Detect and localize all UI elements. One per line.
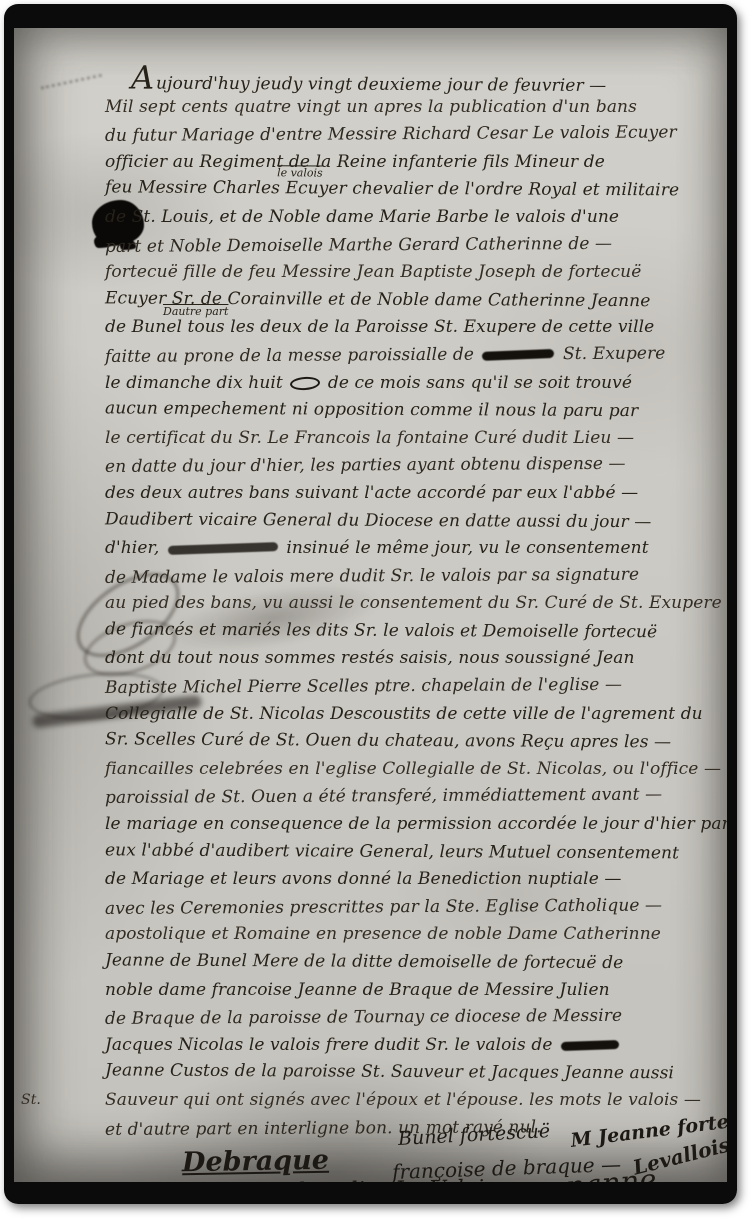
- manuscript-line: avec les Ceremonies prescrittes par la S…: [105, 892, 727, 923]
- line-text: de fiancés et mariés les dits Sr. le val…: [105, 619, 657, 642]
- line-text: de ce mois sans qu'il se soit trouvé: [322, 373, 632, 393]
- line-text: le certificat du Sr. Le Francois la font…: [105, 428, 634, 448]
- line-text: Sr. Scelles Curé de St. Ouen du chateau,…: [105, 730, 671, 753]
- manuscript-line: fiancailles celebrées en l'eglise Colleg…: [105, 756, 727, 784]
- line-text: Ecuyer chevalier de l'ordre Royal et mil…: [285, 179, 679, 201]
- line-text: Aujourd'huy jeudy vingt deuxieme jour de…: [131, 73, 606, 95]
- line-text: le dimanche dix huit: [105, 373, 288, 393]
- manuscript-line: Mil sept cents quatre vingt un apres la …: [105, 94, 727, 122]
- signature-debraque: Debraque: [182, 1145, 329, 1179]
- manuscript-page: Aujourd'huy jeudy vingt deuxieme jour de…: [14, 28, 727, 1182]
- manuscript-line: Baptiste Michel Pierre Scelles ptre. cha…: [105, 671, 727, 702]
- manuscript-line: paroissial de St. Ouen a été transferé, …: [105, 782, 727, 813]
- line-text: St. Exupere: [557, 343, 665, 364]
- line-text: Jeanne Custos de la paroisse St. Sauveur…: [105, 1061, 674, 1084]
- manuscript-line: Collegialle de St. Nicolas Descoustits d…: [105, 701, 727, 729]
- manuscript-line: de fiancés et mariés les dits Sr. le val…: [105, 616, 727, 647]
- correction-mark: [290, 376, 321, 391]
- line-text: Sauveur qui ont signés avec l'époux et l…: [105, 1090, 701, 1110]
- crossed-out-word: [561, 1040, 619, 1051]
- manuscript-line: le certificat du Sr. Le Francois la font…: [105, 425, 727, 453]
- line-text: d'hier,: [105, 538, 165, 558]
- manuscript-text: Aujourd'huy jeudy vingt deuxieme jour de…: [105, 66, 727, 1142]
- line-text: fiancailles celebrées en l'eglise Colleg…: [105, 759, 721, 779]
- line-text: aucun empechement ni opposition comme il…: [105, 398, 638, 421]
- line-text: noble dame francoise Jeanne de Braque de…: [105, 980, 610, 1000]
- manuscript-line: Dautre part de Bunel tous les deux de la…: [105, 314, 727, 342]
- line-text: insinué le même jour, vu le consentement: [281, 538, 649, 558]
- manuscript-line: dont du tout nous sommes restés saisis, …: [105, 645, 727, 673]
- manuscript-line: Jeanne Custos de la paroisse St. Sauveur…: [105, 1058, 727, 1089]
- line-text: de Madame le valois mere dudit Sr. le va…: [105, 564, 639, 587]
- manuscript-line: de Mariage et leurs avons donné la Bened…: [105, 866, 727, 894]
- line-text: avec les Ceremonies prescrittes par la S…: [105, 895, 662, 918]
- crossed-out-word: [482, 349, 554, 361]
- manuscript-line: eux l'abbé d'audibert vicaire General, l…: [105, 837, 727, 868]
- line-text: le mariage en consequence de la permissi…: [105, 814, 727, 834]
- manuscript-line: Sr. Scelles Curé de St. Ouen du chateau,…: [105, 727, 727, 758]
- scan-border-frame: Aujourd'huy jeudy vingt deuxieme jour de…: [4, 4, 737, 1204]
- manuscript-line: le dimanche dix huit de ce mois sans qu'…: [105, 370, 727, 398]
- manuscript-line: Daudibert vicaire General du Diocese en …: [105, 506, 727, 537]
- manuscript-line: Jeanne de Bunel Mere de la ditte demoise…: [105, 947, 727, 978]
- manuscript-line: Aujourd'huy jeudy vingt deuxieme jour de…: [105, 64, 727, 95]
- signature-chevalier-le-valois: le Chevalier Le Valois: [254, 1176, 496, 1182]
- line-text: de St. Louis, et de Noble dame Marie Bar…: [105, 207, 619, 227]
- line-text: Baptiste Michel Pierre Scelles ptre. cha…: [105, 675, 622, 698]
- manuscript-line: St. Sauveur qui ont signés avec l'époux …: [105, 1087, 727, 1115]
- manuscript-line: d'hier, insinué le même jour, vu le cons…: [105, 535, 727, 563]
- line-text: Jeanne de Bunel Mere de la ditte demoise…: [105, 950, 623, 973]
- line-text: tous les deux de la Paroisse St. Exupere…: [188, 317, 655, 337]
- manuscript-line: en datte du jour d'hier, les parties aya…: [105, 450, 727, 481]
- line-text: au pied des bans, vu aussi le consenteme…: [105, 593, 722, 613]
- manuscript-line: aucun empechement ni opposition comme il…: [105, 395, 727, 426]
- interline-insertion: le valois: [277, 168, 323, 179]
- manuscript-line: de Madame le valois mere dudit Sr. le va…: [105, 561, 727, 592]
- manuscript-line: part et Noble Demoiselle Marthe Gerard C…: [105, 230, 727, 261]
- line-text: feu Messire Charles: [105, 178, 286, 199]
- line-text: officier au Regiment de la Reine infante…: [105, 152, 605, 172]
- line-text: de Mariage et leurs avons donné la Bened…: [105, 869, 621, 889]
- manuscript-line: des deux autres bans suivant l'acte acco…: [105, 480, 727, 508]
- manuscript-line: au pied des bans, vu aussi le consenteme…: [105, 590, 727, 618]
- manuscript-line: du futur Mariage d'entre Messire Richard…: [105, 119, 727, 150]
- interline-insertion: Dautre part: [163, 306, 228, 317]
- margin-note: St.: [21, 1087, 41, 1115]
- manuscript-line: faitte au prone de la messe paroissialle…: [105, 340, 727, 371]
- line-text: faitte au prone de la messe paroissialle…: [105, 345, 480, 367]
- line-text: des deux autres bans suivant l'acte acco…: [105, 483, 638, 503]
- line-text: Collegialle de St. Nicolas Descoustits d…: [105, 704, 703, 724]
- line-text: de Bunel: [105, 317, 188, 337]
- line-text: dont du tout nous sommes restés saisis, …: [105, 648, 635, 668]
- line-text: du futur Mariage d'entre Messire Richard…: [105, 123, 677, 146]
- manuscript-line: le valois feu Messire Charles Ecuyer che…: [105, 175, 727, 206]
- manuscript-line: de St. Louis, et de Noble dame Marie Bar…: [105, 204, 727, 232]
- manuscript-line: officier au Regiment de la Reine infante…: [105, 149, 727, 177]
- signature-scelles-chapelain: Scelles chap. de St.: [92, 1181, 282, 1182]
- line-text: fortecuë fille de feu Messire Jean Bapti…: [105, 262, 641, 282]
- faint-margin-scribble: [41, 74, 106, 105]
- manuscript-line: fortecuë fille de feu Messire Jean Bapti…: [105, 259, 727, 287]
- crossed-out-word: [168, 542, 278, 555]
- line-text: de Braque de la paroisse de Tournay ce d…: [105, 1006, 622, 1029]
- manuscript-line: de Braque de la paroisse de Tournay ce d…: [105, 1002, 727, 1033]
- line-text: part et Noble Demoiselle Marthe Gerard C…: [105, 233, 612, 256]
- manuscript-line: apostolique et Romaine en presence de no…: [105, 921, 727, 949]
- line-text: Jacques Nicolas le valois frere dudit Sr…: [105, 1035, 558, 1055]
- line-text: paroissial de St. Ouen a été transferé, …: [105, 785, 662, 808]
- manuscript-line: Jacques Nicolas le valois frere dudit Sr…: [105, 1032, 727, 1060]
- line-text: apostolique et Romaine en presence de no…: [105, 924, 661, 944]
- manuscript-line: le mariage en consequence de la permissi…: [105, 811, 727, 839]
- line-text: Mil sept cents quatre vingt un apres la …: [105, 97, 637, 117]
- manuscript-line: noble dame francoise Jeanne de Braque de…: [105, 977, 727, 1005]
- line-text: en datte du jour d'hier, les parties aya…: [105, 454, 626, 477]
- line-text: eux l'abbé d'audibert vicaire General, l…: [105, 840, 679, 863]
- line-text: Daudibert vicaire General du Diocese en …: [105, 509, 651, 532]
